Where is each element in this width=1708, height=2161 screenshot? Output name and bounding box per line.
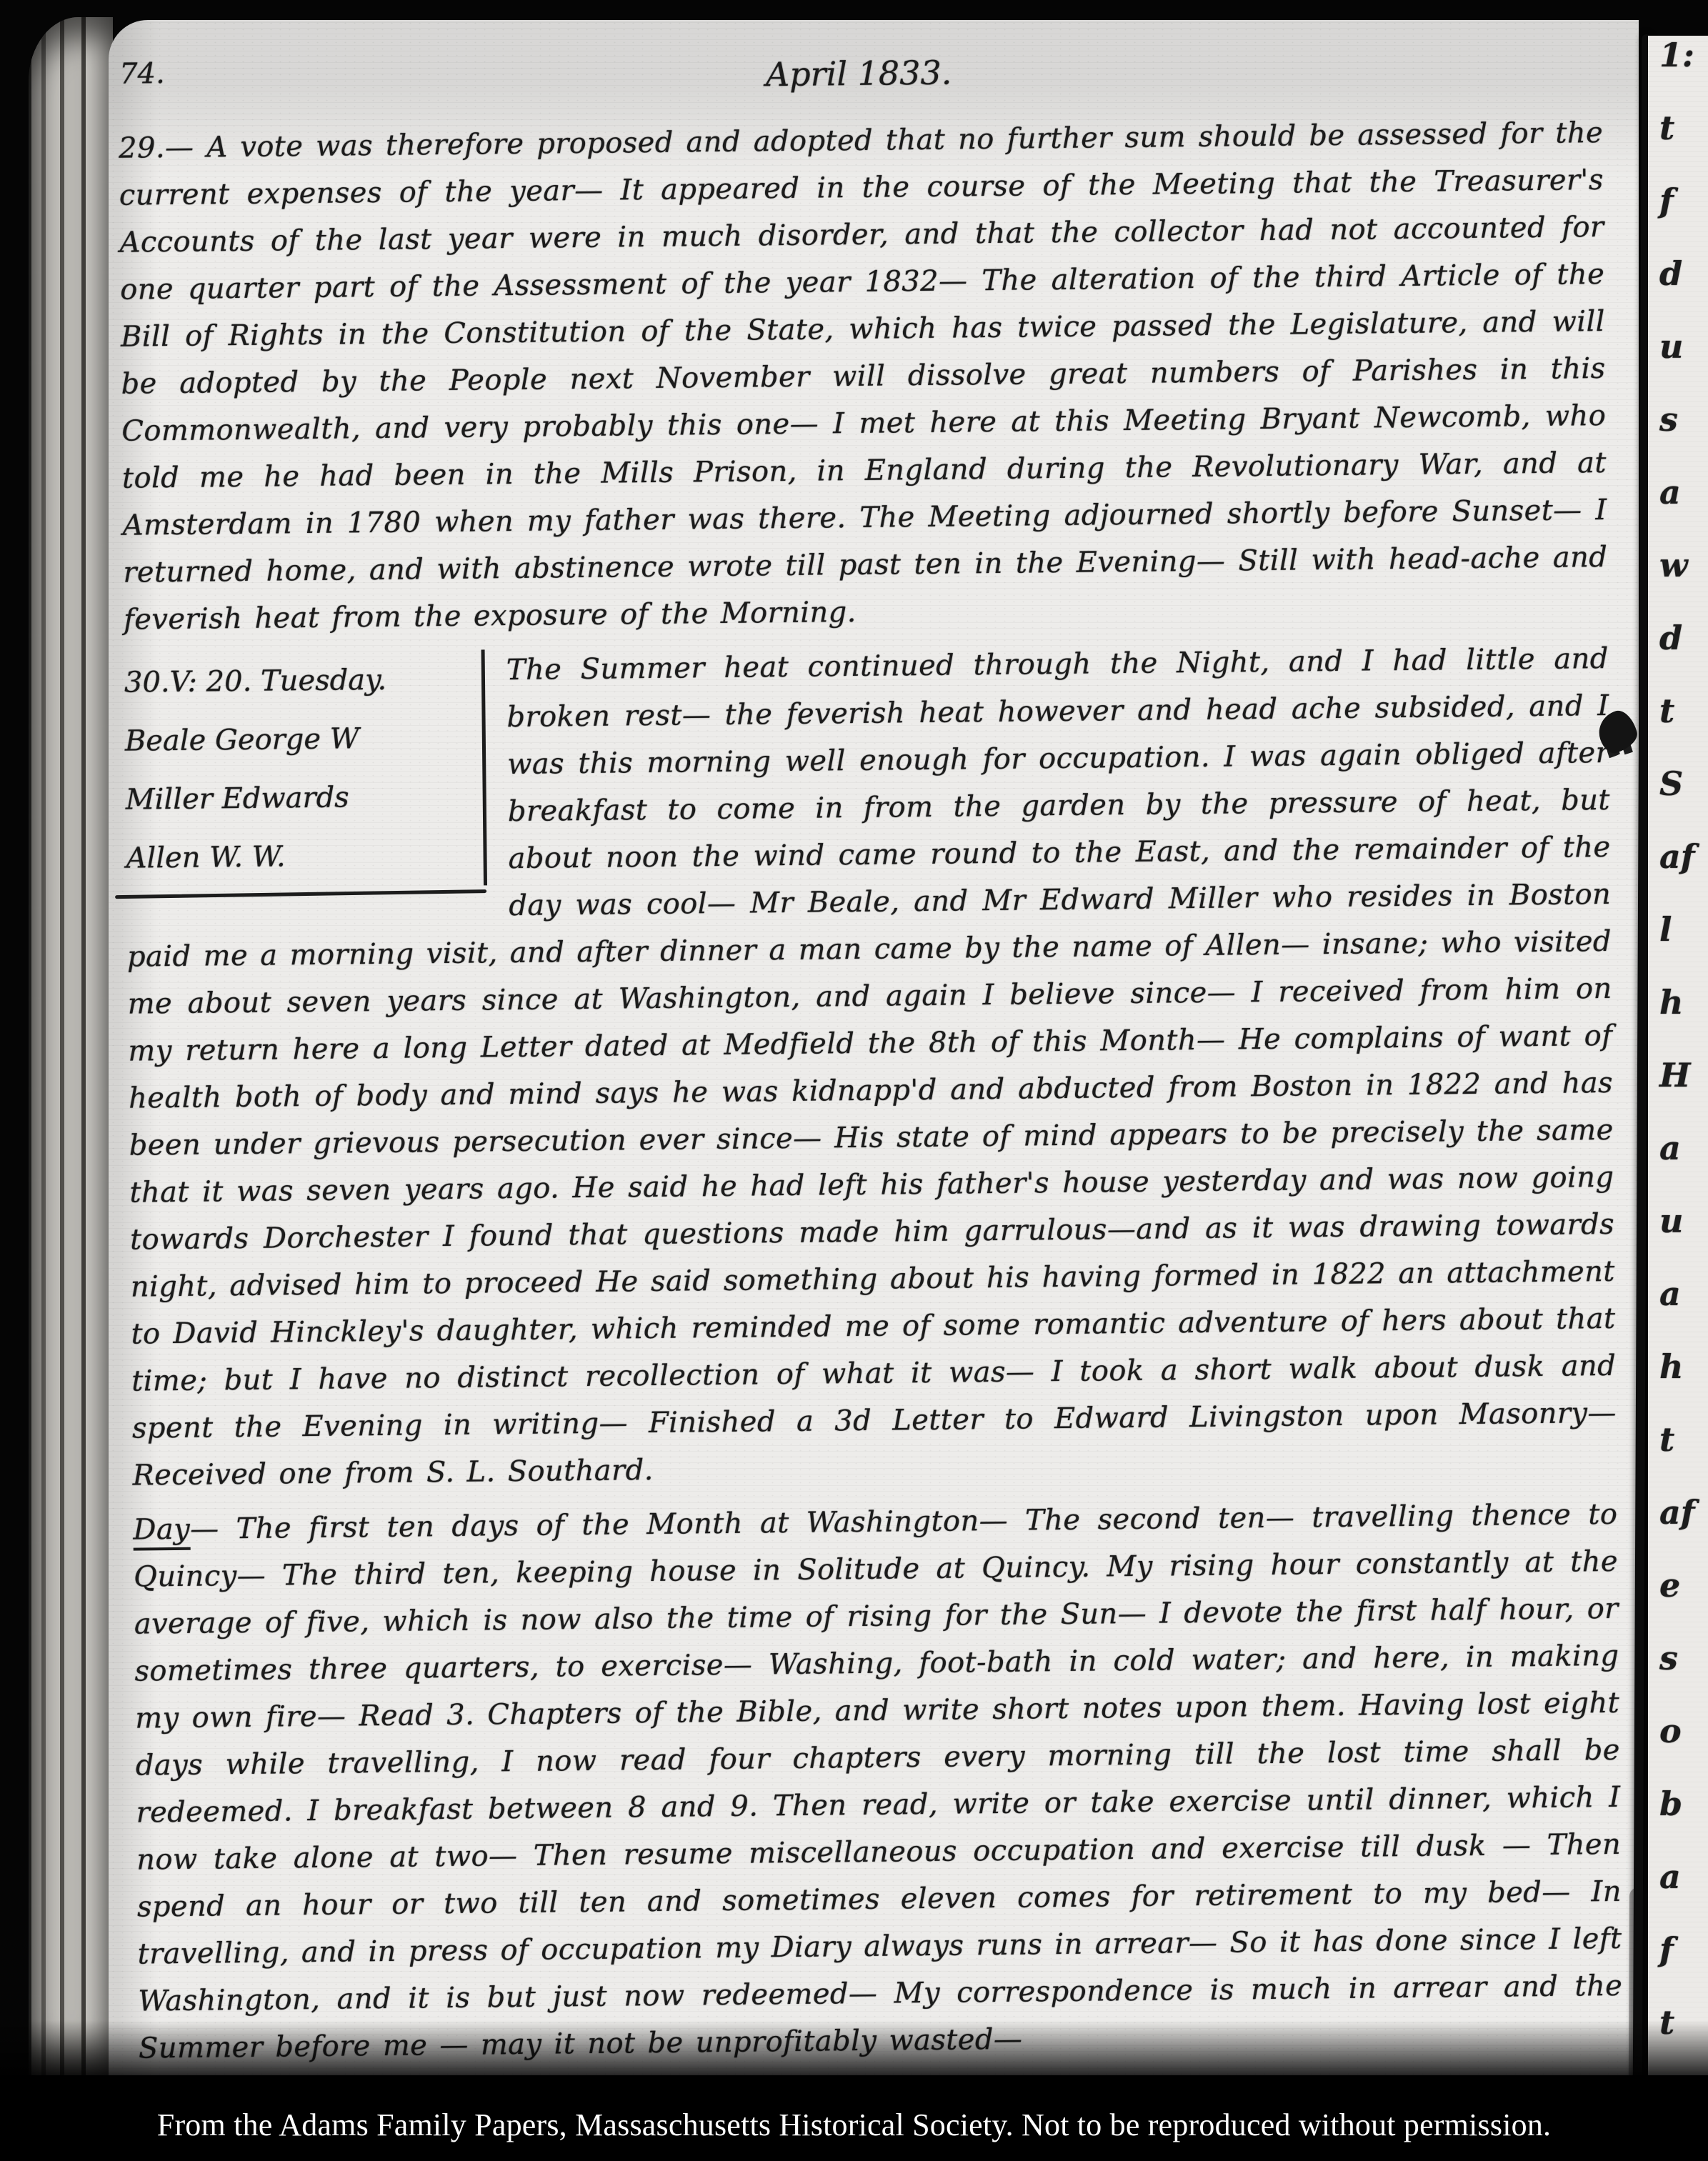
facing-page-fragment: af <box>1648 837 1708 910</box>
facing-page-fragment: t <box>1648 1420 1708 1493</box>
month-header: April 1833. <box>111 46 1607 101</box>
facing-page-fragment: h <box>1648 983 1708 1056</box>
facing-page-fragment: u <box>1648 327 1708 400</box>
margin-note-line: Miller Edwards <box>125 767 483 829</box>
facing-page-fragment: a <box>1648 1857 1708 1930</box>
caption-bar: From the Adams Family Papers, Massaschus… <box>0 2075 1708 2161</box>
entry-29-paragraph: 29.— A vote was therefore proposed and a… <box>119 109 1608 644</box>
facing-page-fragment: t <box>1648 692 1708 764</box>
facing-page-fragment: b <box>1648 1785 1708 1857</box>
facing-page-fragment: 1: <box>1648 36 1708 109</box>
facing-page-fragment: f <box>1648 1930 1708 2003</box>
facing-page-fragment: S <box>1648 764 1708 837</box>
facing-page-fragment: s <box>1648 400 1708 473</box>
facing-page-fragment: H <box>1648 1056 1708 1129</box>
facing-page-fragment: d <box>1648 254 1708 327</box>
facing-page-strip: 1:tfdusawdtSaflhHauahtafesobaft <box>1648 36 1708 2087</box>
diary-body: 29.— A vote was therefore proposed and a… <box>119 109 1624 2080</box>
margin-note-line: Allen W. W. <box>126 825 484 887</box>
entry-30-section: 30.V: 20. Tuesday.Beale George WMiller E… <box>124 635 1617 1499</box>
day-label: Day <box>133 1513 190 1551</box>
facing-page-fragment: u <box>1648 1202 1708 1274</box>
facing-page-fragment: a <box>1648 473 1708 546</box>
facing-page-fragment: af <box>1648 1493 1708 1566</box>
day-summary-text: — The first ten days of the Month at Was… <box>134 1498 1623 2065</box>
scanned-diary-page: 74. April 1833. 29.— A vote was therefor… <box>0 0 1708 2161</box>
facing-page-fragment: e <box>1648 1566 1708 1639</box>
facing-page-fragment: a <box>1648 1129 1708 1202</box>
facing-page-fragment: d <box>1648 619 1708 692</box>
day-summary-paragraph: Day— The first ten days of the Month at … <box>133 1491 1623 2072</box>
facing-page-fragment: w <box>1648 546 1708 619</box>
facing-page-fragment: s <box>1648 1639 1708 1712</box>
facing-page-fragment: f <box>1648 181 1708 254</box>
caption-text: From the Adams Family Papers, Massaschus… <box>0 2107 1708 2143</box>
manuscript-page: 74. April 1833. 29.— A vote was therefor… <box>109 20 1639 2092</box>
facing-page-fragment: l <box>1648 910 1708 983</box>
margin-note-line: Beale George W <box>124 708 482 770</box>
book-page-edges <box>29 17 113 2090</box>
facing-page-fragment: a <box>1648 1274 1708 1347</box>
visitor-margin-note: 30.V: 20. Tuesday.Beale George WMiller E… <box>124 649 487 889</box>
margin-note-line: 30.V: 20. Tuesday. <box>124 649 482 712</box>
facing-page-fragment: h <box>1648 1347 1708 1420</box>
facing-page-fragment: o <box>1648 1712 1708 1785</box>
facing-page-fragment: t <box>1648 109 1708 181</box>
